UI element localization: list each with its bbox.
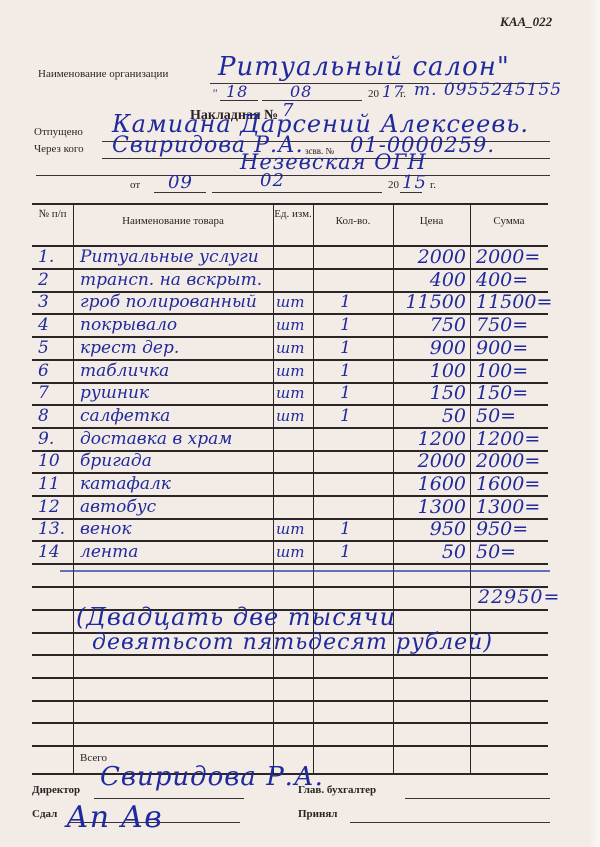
- cell-name: Ритуальные услуги: [80, 246, 259, 268]
- cell-name: табличка: [80, 360, 169, 382]
- cell-qty: 1: [340, 360, 351, 382]
- phone-value: т. 0955245155: [414, 80, 562, 100]
- header-name: Наименование товара: [73, 215, 273, 228]
- cell-sum: 950=: [476, 518, 528, 540]
- cell-name: рушник: [80, 382, 149, 404]
- header-num: № п/п: [32, 208, 73, 221]
- cell-price: 150: [400, 382, 466, 404]
- table-vline: [313, 203, 314, 773]
- cell-num: 1.: [38, 246, 54, 268]
- from-year-suffix: 15: [402, 172, 427, 193]
- accountant-underline: [405, 798, 550, 799]
- cell-name: крест дер.: [80, 337, 179, 359]
- table-vline: [273, 203, 274, 773]
- from-day: 09: [168, 172, 193, 193]
- cell-price: 11500: [400, 291, 466, 313]
- total-words-line1: (Двадцать две тысячи: [76, 603, 396, 631]
- cell-unit: шт: [276, 337, 304, 359]
- received-underline: [350, 822, 550, 823]
- top-date-day: 18: [226, 82, 248, 101]
- from-label: от: [130, 179, 140, 191]
- from-year-underline: [400, 192, 422, 193]
- cell-sum: 400=: [476, 269, 528, 291]
- cell-qty: 1: [340, 405, 351, 427]
- cell-name: лента: [80, 541, 138, 563]
- from-month-underline: [212, 192, 382, 193]
- cell-unit: шт: [276, 518, 304, 540]
- cell-qty: 1: [340, 382, 351, 404]
- cell-sum: 50=: [476, 405, 516, 427]
- cell-unit: шт: [276, 314, 304, 336]
- director-label: Директор: [32, 784, 80, 796]
- cell-num: 3: [38, 291, 49, 313]
- cell-num: 2: [38, 269, 49, 291]
- cell-name: покрывало: [80, 314, 177, 336]
- paper-edge: [586, 0, 600, 847]
- cell-name: венок: [80, 518, 132, 540]
- cell-num: 8: [38, 405, 49, 427]
- header-unit: Ед. изм.: [273, 208, 313, 221]
- handed-signature: Ап Ав: [66, 800, 163, 835]
- cell-sum: 900=: [476, 337, 528, 359]
- table-vline: [73, 203, 74, 773]
- document-code: КАА_022: [500, 14, 552, 30]
- from-month: 02: [260, 170, 285, 191]
- total-words-line2: девятьсот пятьдесят рублей): [92, 630, 493, 655]
- total-value: 22950=: [478, 586, 560, 608]
- cell-sum: 2000=: [476, 450, 540, 472]
- cell-sum: 1200=: [476, 428, 540, 450]
- cell-sum: 150=: [476, 382, 528, 404]
- cell-sum: 2000=: [476, 246, 540, 268]
- cell-price: 950: [400, 518, 466, 540]
- cell-price: 2000: [400, 450, 466, 472]
- accountant-label: Глав. бухгалтер: [298, 784, 376, 796]
- cell-num: 12: [38, 496, 60, 518]
- cell-sum: 1300=: [476, 496, 540, 518]
- top-month-underline: [262, 100, 362, 101]
- cell-unit: шт: [276, 382, 304, 404]
- cell-unit: шт: [276, 405, 304, 427]
- header-price: Цена: [393, 215, 470, 228]
- table-vline: [393, 203, 394, 773]
- from-year-prefix: 20: [388, 179, 399, 191]
- cell-name: салфетка: [80, 405, 170, 427]
- cell-sum: 11500=: [476, 291, 552, 313]
- released-label: Отпущено: [34, 126, 83, 138]
- received-label: Принял: [298, 808, 337, 820]
- cell-unit: шт: [276, 360, 304, 382]
- cell-qty: 1: [340, 314, 351, 336]
- cell-price: 2000: [400, 246, 466, 268]
- org-label: Наименование организации: [38, 68, 168, 80]
- cell-num: 10: [38, 450, 60, 472]
- cell-num: 13.: [38, 518, 65, 540]
- extra-underline: [36, 175, 550, 176]
- cell-price: 900: [400, 337, 466, 359]
- cell-sum: 1600=: [476, 473, 540, 495]
- cell-unit: шт: [276, 541, 304, 563]
- handed-label: Сдал: [32, 808, 57, 820]
- director-underline: [94, 798, 244, 799]
- table-vline: [470, 203, 471, 773]
- cell-price: 50: [400, 541, 466, 563]
- cell-num: 4: [38, 314, 49, 336]
- top-year-prefix: 20: [368, 88, 379, 100]
- cell-price: 750: [400, 314, 466, 336]
- cell-name: трансп. на вскрыт.: [80, 269, 262, 291]
- cell-num: 9.: [38, 428, 54, 450]
- cell-price: 1600: [400, 473, 466, 495]
- org-value: Ритуальный салон": [218, 52, 510, 82]
- cell-name: автобус: [80, 496, 156, 518]
- cell-qty: 1: [340, 518, 351, 540]
- from-year-g: г.: [430, 179, 436, 191]
- cell-num: 11: [38, 473, 60, 495]
- cell-price: 1300: [400, 496, 466, 518]
- cell-price: 100: [400, 360, 466, 382]
- from-day-underline: [154, 192, 206, 193]
- cell-sum: 50=: [476, 541, 516, 563]
- director-signature: Свиридова Р.А.: [100, 762, 324, 792]
- cell-sum: 100=: [476, 360, 528, 382]
- cell-num: 5: [38, 337, 49, 359]
- cell-sum: 750=: [476, 314, 528, 336]
- cell-qty: 1: [340, 337, 351, 359]
- top-date-month: 08: [290, 82, 312, 101]
- cell-name: гроб полированный: [80, 291, 257, 313]
- cell-price: 400: [400, 269, 466, 291]
- through-label: Через кого: [34, 143, 84, 155]
- cell-num: 14: [38, 541, 60, 563]
- cell-price: 1200: [400, 428, 466, 450]
- strike-line: [60, 570, 550, 572]
- cell-name: бригада: [80, 450, 152, 472]
- cell-qty: 1: [340, 291, 351, 313]
- top-day-underline: [220, 100, 258, 101]
- cell-name: доставка в храм: [80, 428, 232, 450]
- cell-qty: 1: [340, 541, 351, 563]
- cell-unit: шт: [276, 291, 304, 313]
- top-year-g: г.: [400, 88, 406, 100]
- header-sum: Сумма: [470, 215, 548, 228]
- cell-num: 7: [38, 382, 49, 404]
- header-qty: Кол-во.: [313, 215, 393, 228]
- cell-price: 50: [400, 405, 466, 427]
- cell-name: катафалк: [80, 473, 171, 495]
- cell-num: 6: [38, 360, 49, 382]
